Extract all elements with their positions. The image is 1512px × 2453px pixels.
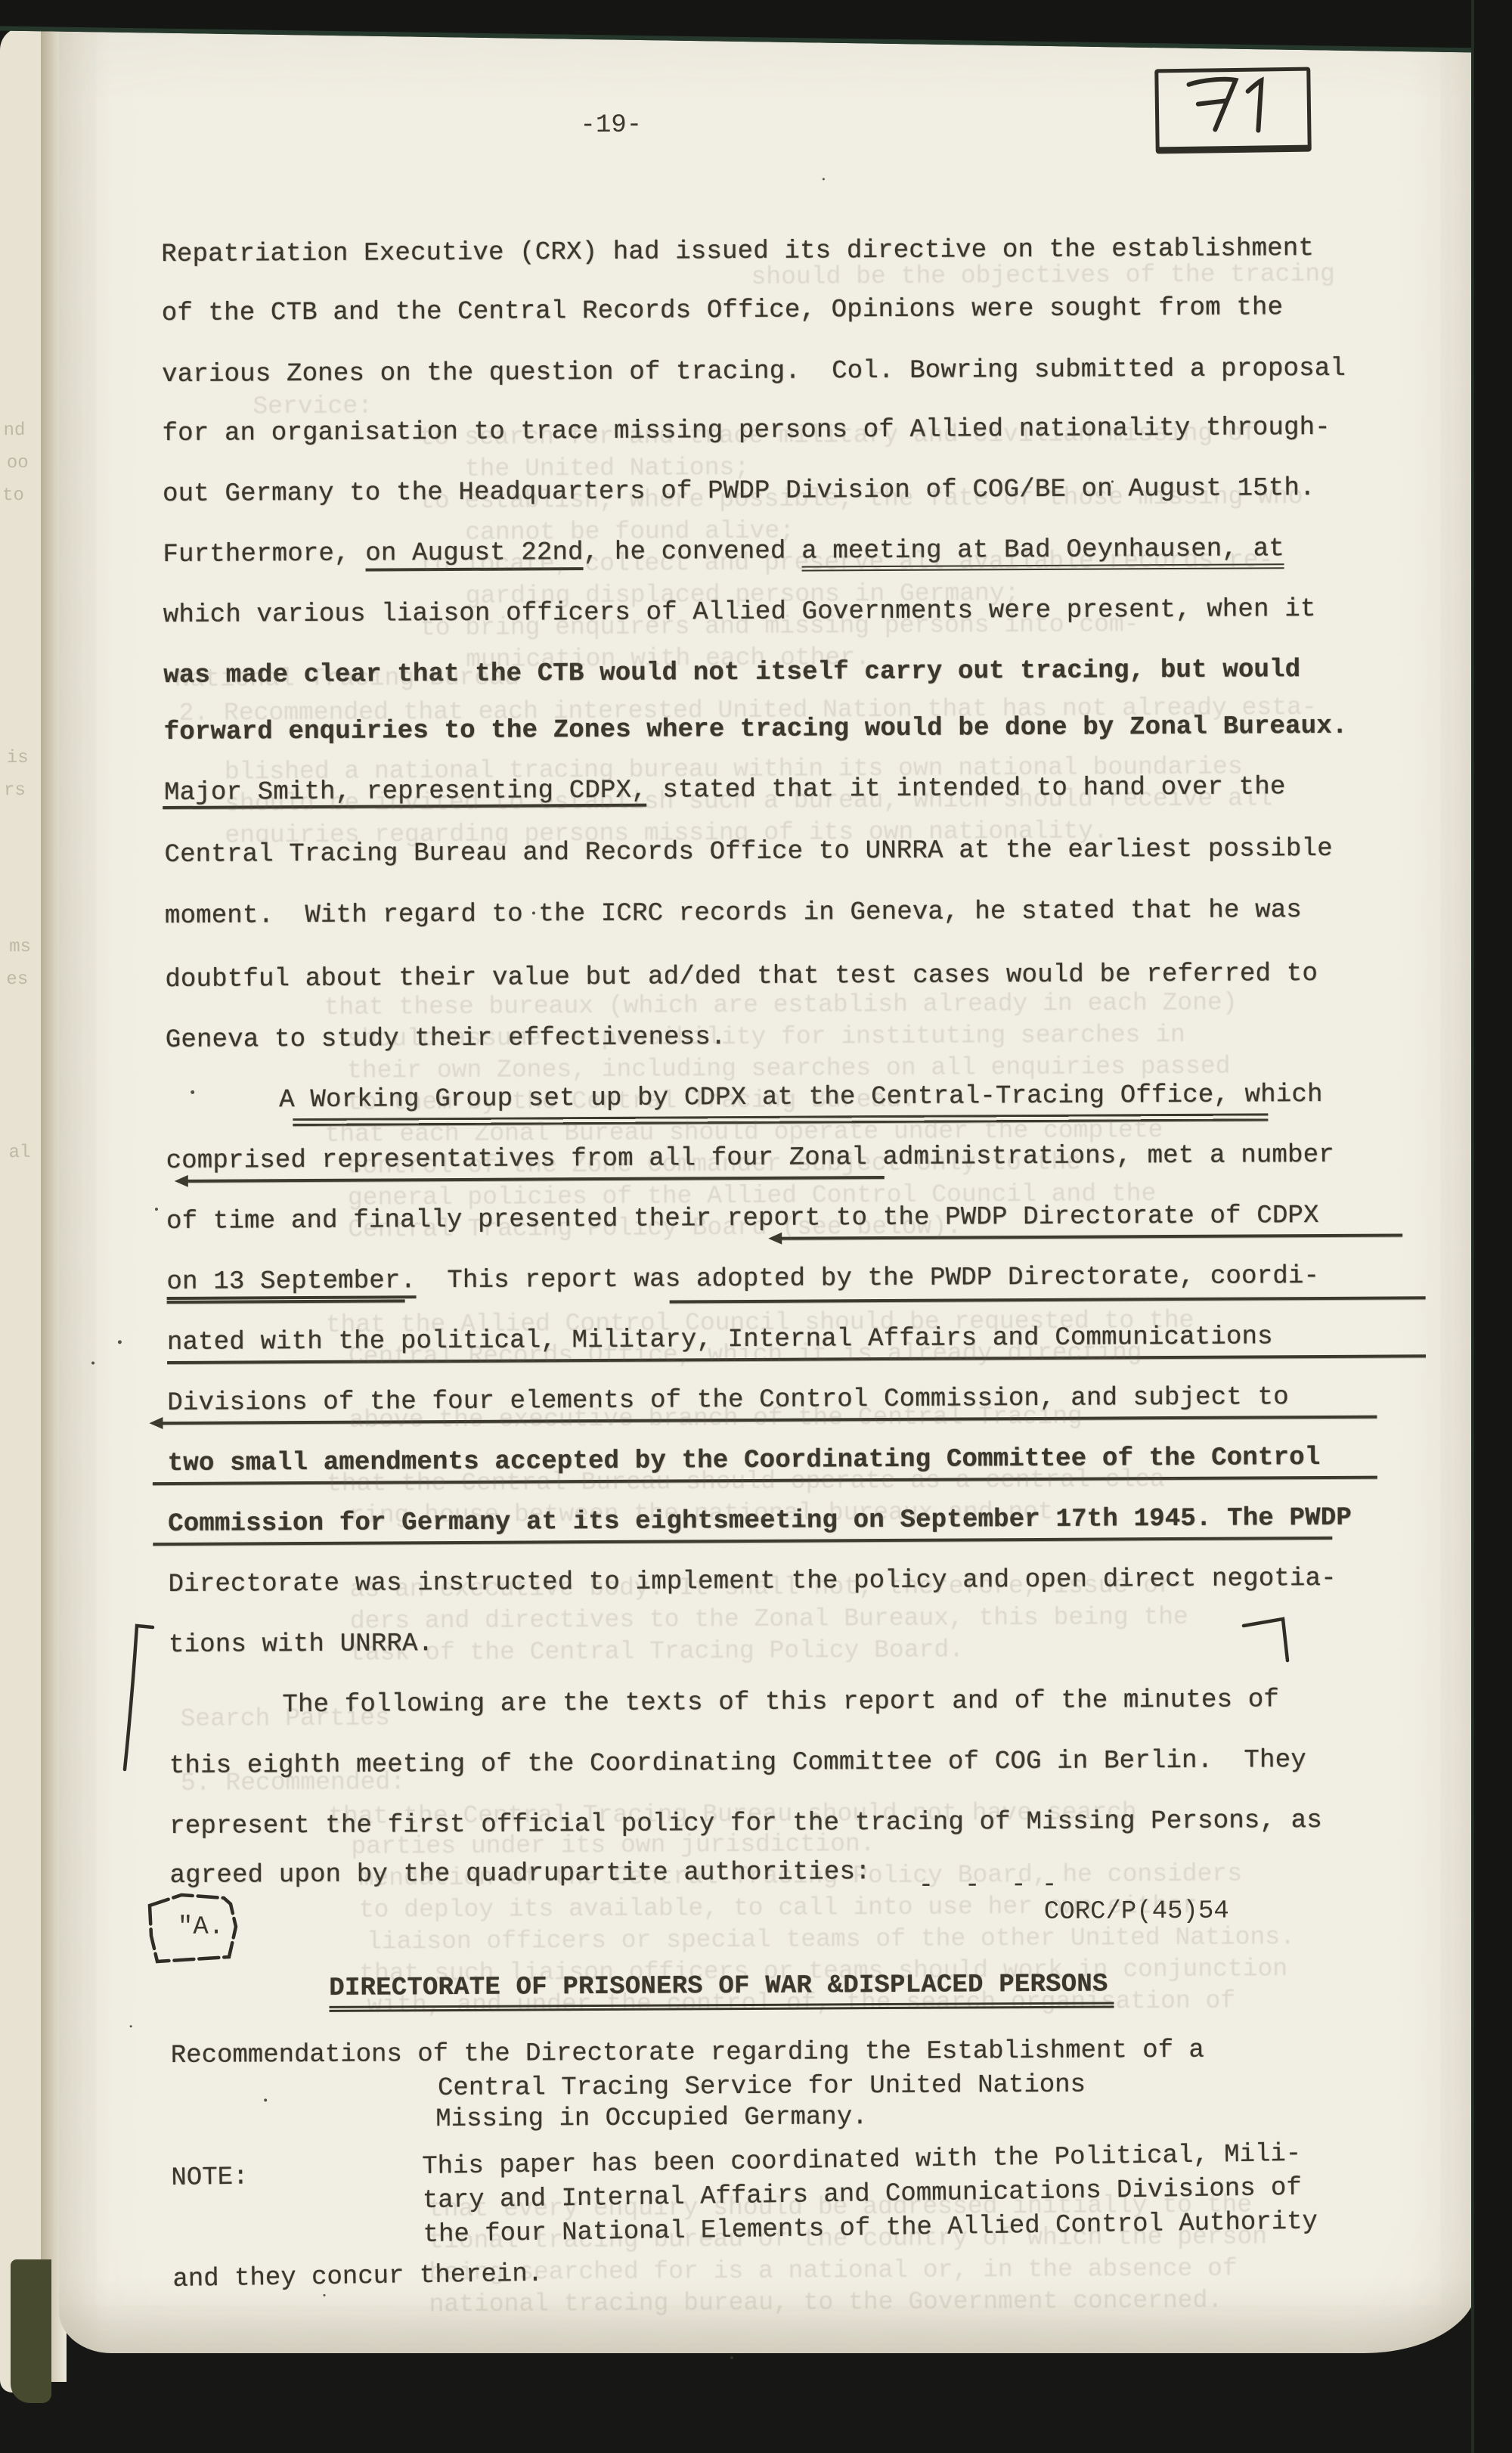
edge-fragment: al <box>9 1143 31 1163</box>
speck <box>1111 480 1114 482</box>
speck <box>1185 2151 1187 2154</box>
edge-fragment: rs <box>4 780 26 801</box>
scan-background: -19- Repatriation Executive (CRX) had is… <box>0 0 1512 2453</box>
speck <box>324 2294 326 2296</box>
speck <box>823 178 825 180</box>
speck <box>730 2356 733 2359</box>
speck <box>155 1208 158 1211</box>
speck <box>191 1090 194 1094</box>
edge-fragment: nd <box>4 420 26 441</box>
edge-fragment: ms <box>9 937 31 957</box>
speck <box>264 2098 267 2101</box>
typewritten-text-layer: -19- Repatriation Executive (CRX) had is… <box>0 0 1512 2453</box>
speck <box>118 1340 122 1344</box>
folio-handwriting <box>1158 71 1300 137</box>
speck <box>532 911 535 914</box>
speck <box>91 1361 94 1364</box>
edge-fragment: to <box>2 485 24 506</box>
scan-right-edge <box>1471 0 1512 2453</box>
speck <box>130 2025 132 2027</box>
note-footer: and they concur therein. <box>172 2260 543 2294</box>
note-line: the four National Elements of the Allied… <box>423 2207 1318 2250</box>
edge-fragment: oo <box>7 453 29 473</box>
note-label: NOTE: <box>171 2163 249 2193</box>
edge-fragment: es <box>6 969 28 990</box>
folio-stamp-box <box>1154 67 1312 154</box>
note-block: NOTE: This paper has been coordinated wi… <box>0 0 1512 2453</box>
edge-fragment: is <box>7 748 29 768</box>
